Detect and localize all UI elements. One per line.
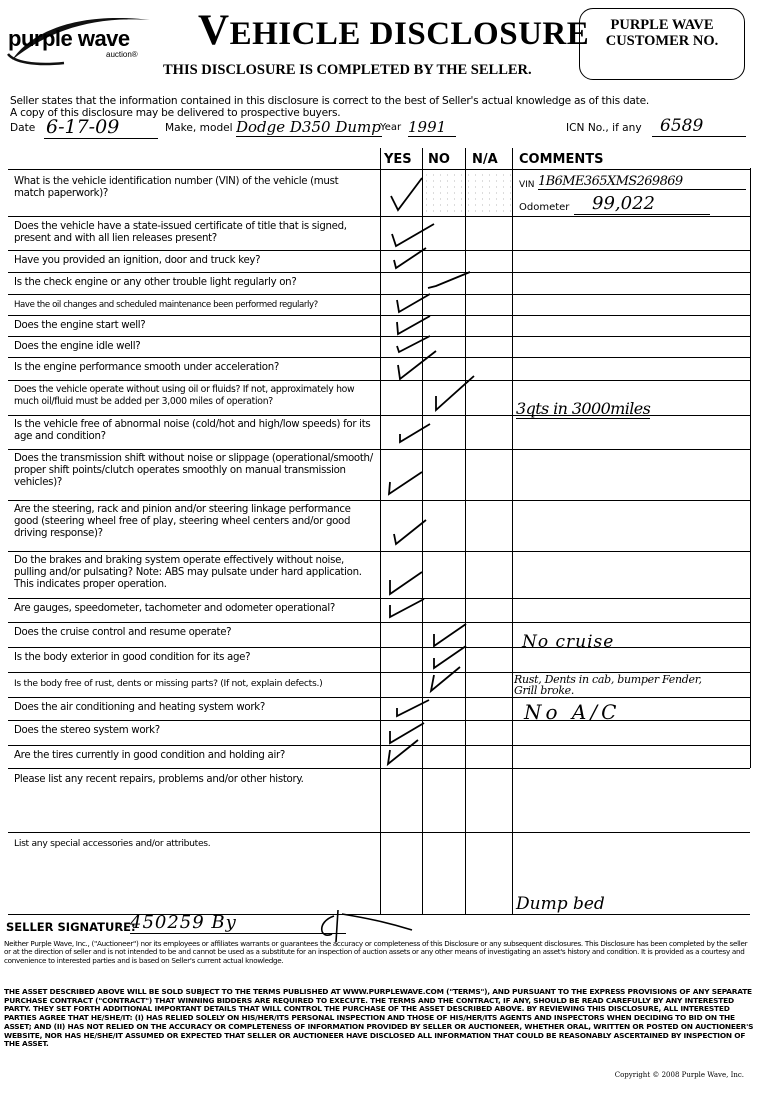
divider xyxy=(8,768,750,769)
checkmark-icon[interactable] xyxy=(390,238,430,270)
checkmark-icon[interactable] xyxy=(390,516,430,548)
question-body-rust: Is the body free of rust, dents or missi… xyxy=(14,678,322,690)
year-label: Year xyxy=(380,122,401,133)
comment-oil[interactable]: 3qts in 3000miles xyxy=(516,399,650,419)
divider xyxy=(8,697,750,698)
checkmark-icon[interactable] xyxy=(386,595,428,623)
divider xyxy=(8,720,750,721)
divider xyxy=(8,622,750,623)
column-header-na: N/A xyxy=(472,152,498,167)
logo-subtext: auction® xyxy=(106,50,138,59)
make-model-field[interactable]: Dodge D350 Dump Truck xyxy=(236,118,382,137)
question-engine-start: Does the engine start well? xyxy=(14,320,145,332)
divider xyxy=(8,551,750,552)
divider xyxy=(512,148,513,915)
checkmark-icon[interactable] xyxy=(428,665,464,695)
date-label: Date xyxy=(10,122,35,134)
divider xyxy=(465,148,466,915)
question-body-exterior: Is the body exterior in good condition f… xyxy=(14,652,250,664)
divider xyxy=(8,745,750,746)
comment-accessories[interactable]: Dump bed xyxy=(516,894,605,915)
question-noise: Is the vehicle free of abnormal noise (c… xyxy=(14,419,376,443)
question-oil-fluids: Does the vehicle operate without using o… xyxy=(14,384,376,408)
question-engine-idle: Does the engine idle well? xyxy=(14,341,140,353)
checkmark-icon[interactable] xyxy=(388,176,424,216)
divider xyxy=(8,272,750,273)
question-transmission: Does the transmission shift without nois… xyxy=(14,453,376,490)
divider xyxy=(8,336,750,337)
odometer-label: Odometer xyxy=(519,202,569,213)
date-field[interactable]: 6-17-09 xyxy=(44,116,158,139)
seller-signature-label: SELLER SIGNATURE: xyxy=(6,920,136,934)
divider xyxy=(8,294,750,295)
checkmark-icon[interactable] xyxy=(386,568,426,598)
year-field[interactable]: 1991 xyxy=(408,118,456,137)
question-stereo: Does the stereo system work? xyxy=(14,725,160,737)
copyright-text: Copyright © 2008 Purple Wave, Inc. xyxy=(615,1071,744,1079)
divider xyxy=(8,598,750,599)
comment-body-rust[interactable]: Rust, Dents in cab, bumper Fender, Grill… xyxy=(514,674,724,696)
divider xyxy=(8,832,750,833)
question-vin: What is the vehicle identification numbe… xyxy=(14,176,369,200)
page-subtitle: THIS DISCLOSURE IS COMPLETED BY THE SELL… xyxy=(163,62,532,79)
column-header-yes: YES xyxy=(384,152,412,167)
page-title: VEHICLE DISCLOSURE xyxy=(198,6,589,55)
divider xyxy=(380,148,381,915)
vin-label: VIN xyxy=(519,180,535,190)
divider xyxy=(8,380,750,381)
comment-ac[interactable]: No A/C xyxy=(524,700,620,724)
divider xyxy=(8,357,750,358)
question-gauges: Are gauges, speedometer, tachometer and … xyxy=(14,603,335,615)
divider xyxy=(8,315,750,316)
make-model-label: Make, model xyxy=(165,122,233,134)
question-brakes: Do the brakes and braking system operate… xyxy=(14,555,376,592)
column-header-comments: COMMENTS xyxy=(519,152,603,167)
question-cruise: Does the cruise control and resume opera… xyxy=(14,627,231,639)
icn-field[interactable]: 6589 xyxy=(652,116,746,137)
question-tires: Are the tires currently in good conditio… xyxy=(14,750,285,762)
divider xyxy=(8,500,750,501)
divider xyxy=(8,449,750,450)
question-oil-changes: Have the oil changes and scheduled maint… xyxy=(14,299,318,311)
disclaimer-text: Neither Purple Wave, Inc., ("Auctioneer"… xyxy=(4,940,754,965)
terms-text: The asset described above will be sold s… xyxy=(4,988,754,1049)
checkmark-icon[interactable] xyxy=(432,372,478,414)
question-accessories: List any special accessories and/or attr… xyxy=(14,838,210,850)
column-header-no: NO xyxy=(428,152,450,167)
checkmark-icon[interactable] xyxy=(398,418,434,446)
question-engine-performance: Is the engine performance smooth under a… xyxy=(14,362,279,374)
question-repairs: Please list any recent repairs, problems… xyxy=(14,774,304,786)
checkmark-icon[interactable] xyxy=(386,466,426,498)
shaded-cells xyxy=(423,172,511,216)
question-keys: Have you provided an ignition, door and … xyxy=(14,255,260,267)
odometer-field[interactable]: 99,022 xyxy=(574,193,710,215)
question-ac: Does the air conditioning and heating sy… xyxy=(14,702,265,714)
comment-cruise[interactable]: No cruise xyxy=(522,632,614,652)
divider xyxy=(8,647,750,648)
question-title: Does the vehicle have a state-issued cer… xyxy=(14,221,374,245)
icn-label: ICN No., if any xyxy=(566,122,642,134)
divider xyxy=(8,250,750,251)
divider xyxy=(8,169,750,170)
divider xyxy=(750,168,751,768)
checkmark-icon[interactable] xyxy=(386,736,422,768)
divider xyxy=(8,216,750,217)
vin-field[interactable]: 1B6ME365XMS269869 xyxy=(538,174,746,190)
customer-number-label: PURPLE WAVE CUSTOMER NO. xyxy=(580,17,744,49)
question-steering: Are the steering, rack and pinion and/or… xyxy=(14,504,376,541)
question-trouble-light: Is the check engine or any other trouble… xyxy=(14,277,296,289)
customer-number-box[interactable]: PURPLE WAVE CUSTOMER NO. xyxy=(579,8,745,80)
logo-wordmark: purple wave xyxy=(8,26,130,52)
checkmark-icon[interactable] xyxy=(393,694,433,722)
